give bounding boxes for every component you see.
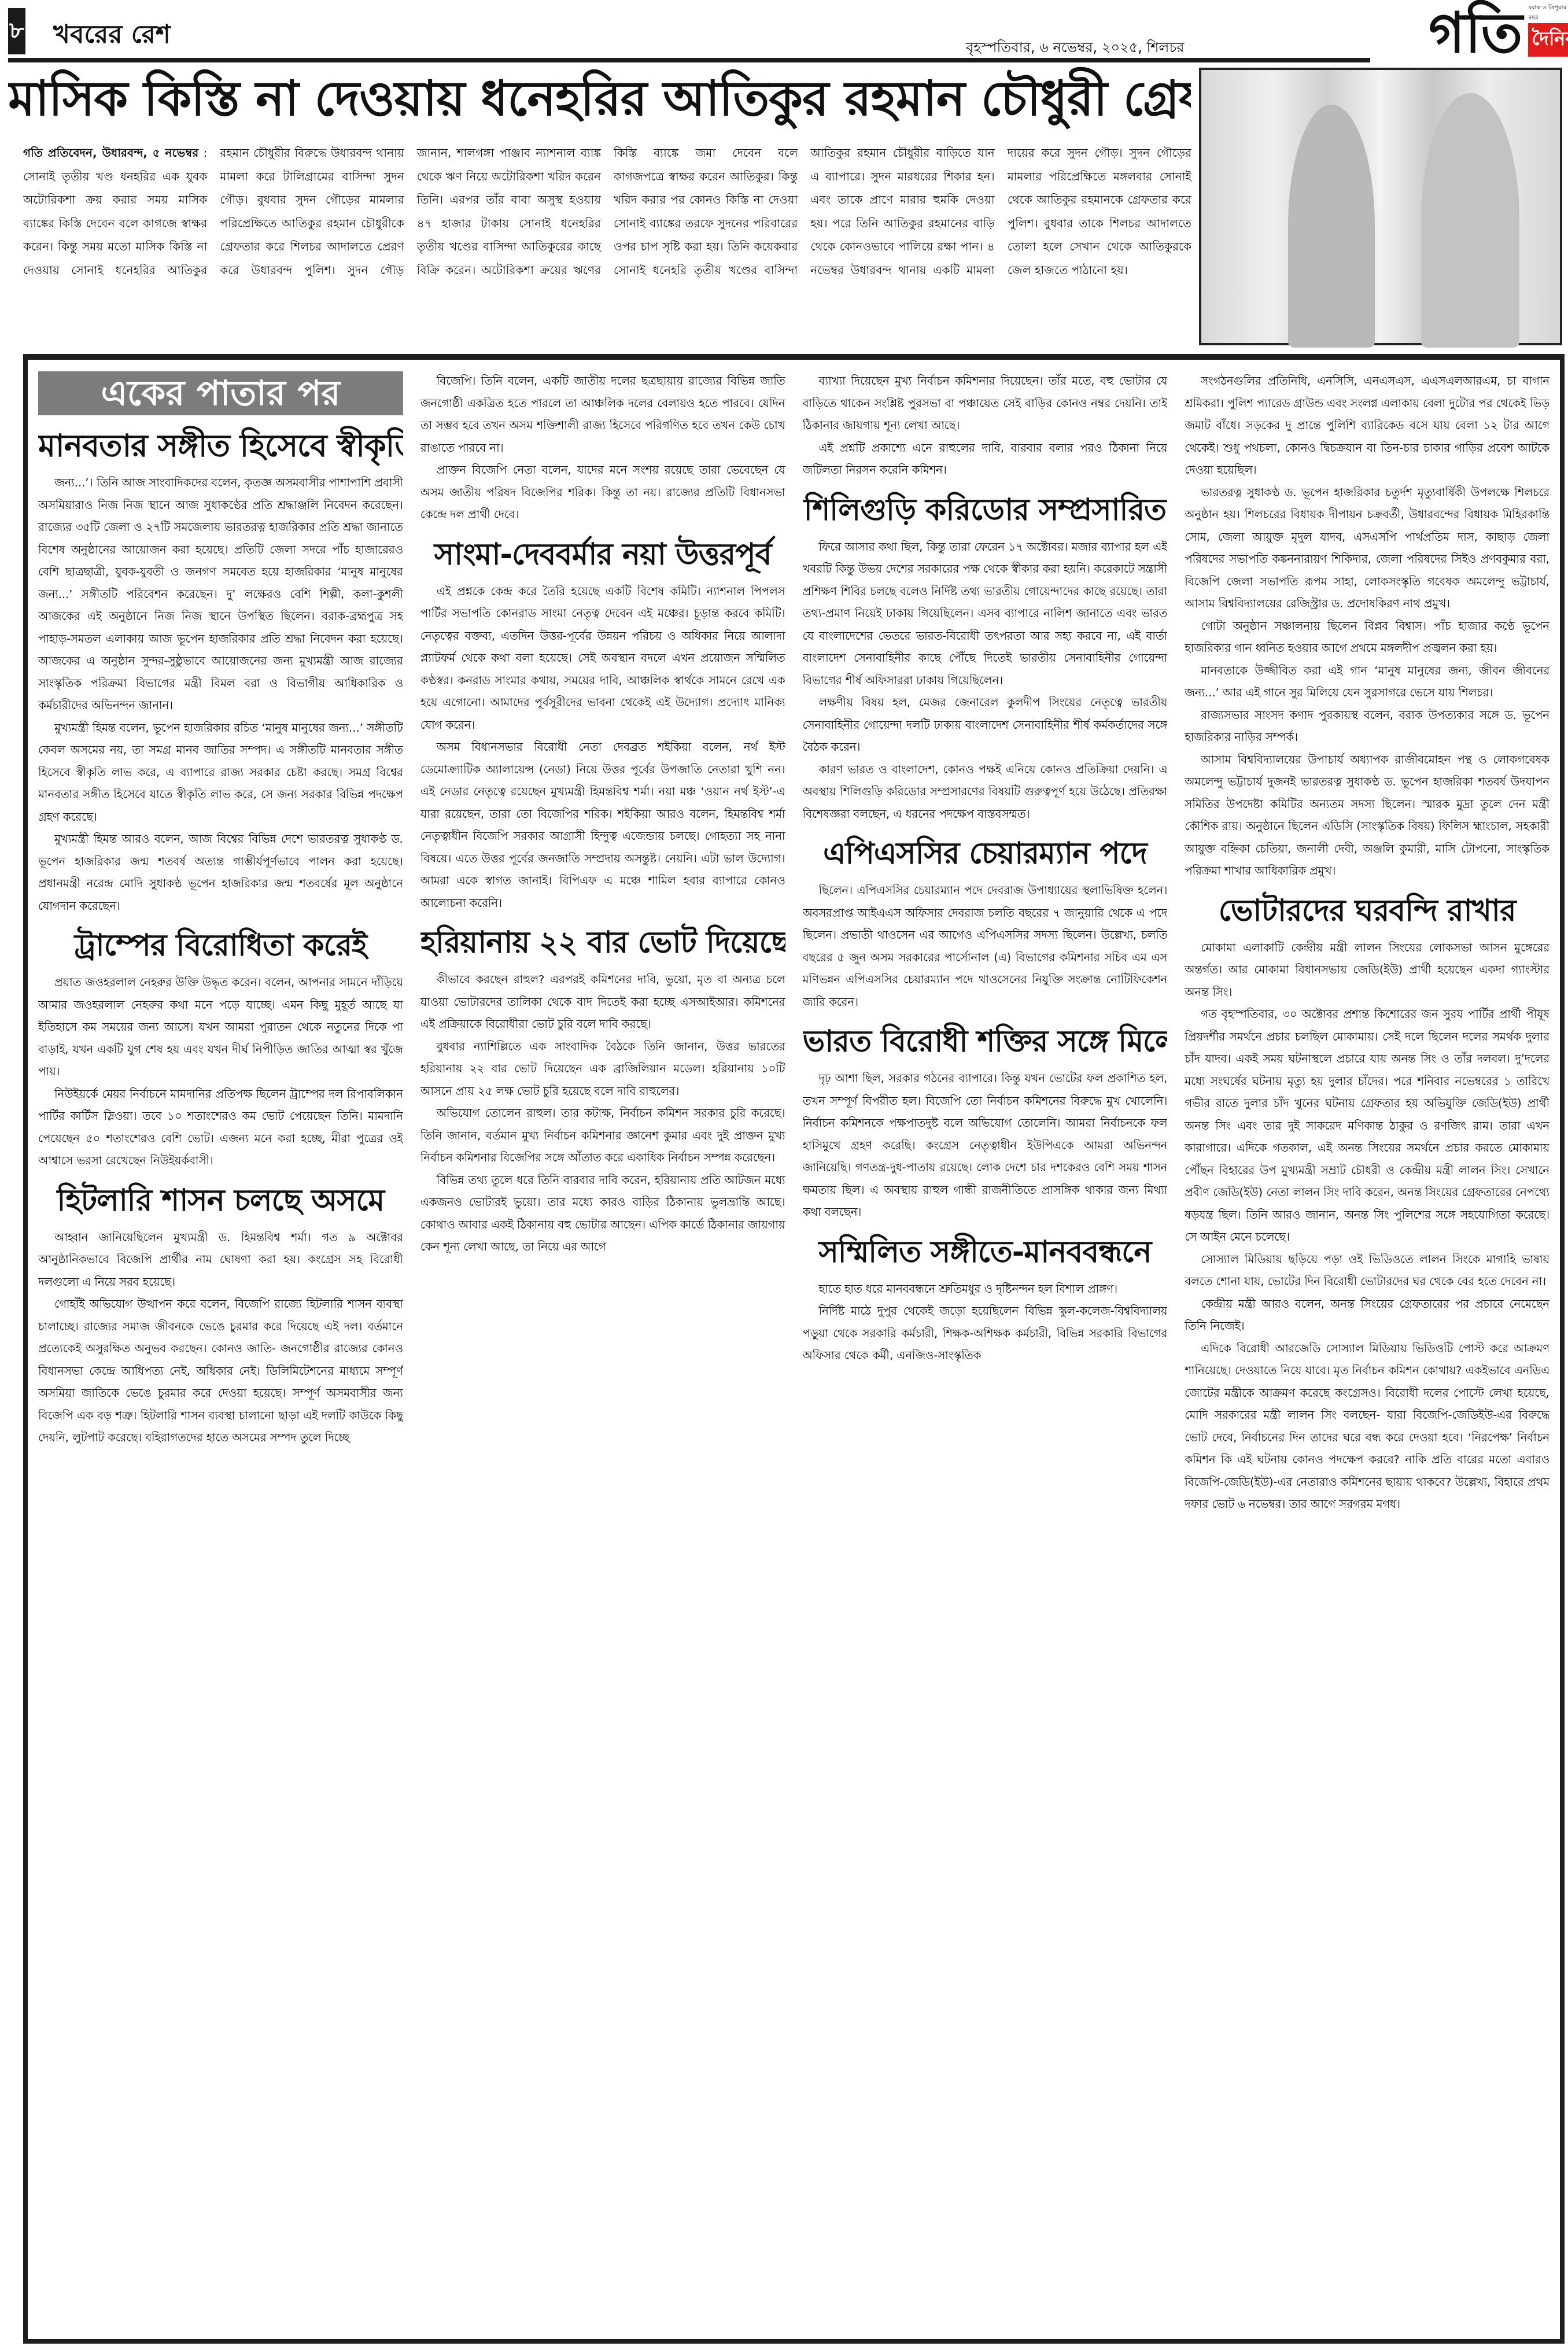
masthead: ৮ খবরের রেশ বৃহস্পতিবার, ৬ নভেম্বর, ২০২৫… bbox=[0, 0, 1568, 64]
story-paragraph: গোহাঁই অভিযোগ উত্থাপন করে বলেন, বিজেপি র… bbox=[38, 1293, 403, 1449]
story-paragraph: মুখ্যমন্ত্রী হিমন্ত বলেন, ভূপেন হাজরিকার… bbox=[38, 717, 403, 829]
story-paragraph: রাজ্যসভার সাংসদ কণাদ পুরকায়স্থ বলেন, বর… bbox=[1185, 704, 1549, 749]
story-paragraph: সোস্যাল মিডিয়ায় ছড়িয়ে পড়া ওই ভিডিওত… bbox=[1185, 1249, 1549, 1293]
story-paragraph: মুখ্যমন্ত্রী হিমন্ত আরও বলেন, আজ বিশ্বের… bbox=[38, 828, 403, 917]
story-paragraph: মানবতাকে উজ্জীবিত করা এই গান ‘মানুষ মানু… bbox=[1185, 660, 1549, 704]
brand-dainik: দৈনিক bbox=[1528, 23, 1568, 57]
story-paragraph: দৃঢ় আশা ছিল, সরকার গঠনের ব্যাপারে। কিন্… bbox=[803, 1068, 1168, 1224]
story-paragraph: ব্যাখ্যা দিয়েছেন মুখ্য নির্বাচন কমিশনার… bbox=[803, 370, 1168, 437]
story-headline: ভারত বিরোধী শক্তির সঙ্গে মিলে bbox=[803, 1021, 1168, 1062]
story-paragraph: মোকামা এলাকাটি কেন্দ্রীয় মন্ত্রী লালন স… bbox=[1185, 937, 1549, 1004]
brand-name: গতি bbox=[1429, 5, 1522, 61]
dateline: বৃহস্পতিবার, ৬ নভেম্বর, ২০২৫, শিলচর bbox=[966, 37, 1185, 60]
lead-story-text: : সোনাই তৃতীয় খণ্ড ধনহরির এক যুবক অটোরি… bbox=[23, 146, 1191, 277]
story-paragraph: বিজেপি। তিনি বলেন, একটি জাতীয় দলের ছত্র… bbox=[420, 370, 785, 459]
continuation-column-3: ব্যাখ্যা দিয়েছেন মুখ্য নির্বাচন কমিশনার… bbox=[803, 370, 1168, 2329]
lead-story-body: গতি প্রতিবেদন, উধারবন্দ, ৫ নভেম্বর : সোন… bbox=[23, 141, 1191, 341]
story-paragraph: নিউইয়র্কে মেয়র নির্বাচনে মামদানির প্রত… bbox=[38, 1083, 403, 1172]
story-headline: শিলিগুড়ি করিডোর সম্প্রসারিত bbox=[803, 490, 1168, 530]
continuation-column-4: সংগঠনগুলির প্রতিনিধি, এনসিসি, এনএসএস, এএ… bbox=[1185, 370, 1549, 2329]
story-paragraph: এই প্রশ্নকে কেন্দ্র করে তৈরি হয়েছে একটি… bbox=[420, 581, 785, 737]
lead-headline: মাসিক কিস্তি না দেওয়ায় ধনেহরির আতিকুর … bbox=[8, 67, 1191, 130]
story-paragraph: কারণ ভারত ও বাংলাদেশ, কোনও পক্ষই এনিয়ে … bbox=[803, 759, 1168, 826]
section-name: খবরের রেশ bbox=[53, 15, 171, 57]
story-paragraph: ছিলেন। এপিএসসির চেয়ারম্যান পদে দেবরাজ উ… bbox=[803, 880, 1168, 1013]
story-paragraph: প্রয়াত জওহরলাল নেহরুর উক্তি উদ্ধৃত করেন… bbox=[38, 972, 403, 1083]
story-headline: সম্মিলিত সঙ্গীতে-মানববন্ধনে bbox=[803, 1232, 1168, 1272]
story-paragraph: অসম বিধানসভার বিরোধী নেতা দেবব্রত শইকিয়… bbox=[420, 736, 785, 914]
story-paragraph: কেন্দ্রীয় মন্ত্রী আরও বলেন, অনন্ত সিংয়… bbox=[1185, 1293, 1549, 1338]
masthead-rule bbox=[8, 58, 1370, 62]
story-headline: হরিয়ানায় ২২ বার ভোট দিয়েছেন bbox=[420, 923, 785, 963]
lead-photo bbox=[1199, 68, 1562, 345]
story-paragraph: গোটা অনুষ্ঠান সঞ্চালনায় ছিলেন বিপ্লব বি… bbox=[1185, 615, 1549, 660]
story-paragraph: নির্দিষ্ট মাঠে দুপুর থেকেই জড়ো হয়েছিলে… bbox=[803, 1300, 1168, 1367]
story-headline: ট্রাম্পের বিরোধিতা করেই bbox=[38, 925, 403, 966]
story-paragraph: অভিযোগ তোলেন রাহুল। তার কটাক্ষ, নির্বাচন… bbox=[420, 1102, 785, 1170]
story-headline: মানবতার সঙ্গীত হিসেবে স্বীকৃতি bbox=[38, 426, 403, 466]
story-paragraph: গত বৃহস্পতিবার, ৩০ অক্টোবর প্রশান্ত কিশো… bbox=[1185, 1004, 1549, 1249]
story-paragraph: সংগঠনগুলির প্রতিনিধি, এনসিসি, এনএসএস, এএ… bbox=[1185, 370, 1549, 482]
page-number: ৮ bbox=[8, 8, 25, 54]
story-paragraph: হাতে হাত ধরে মানববন্ধনে শ্রুতিমধুর ও দৃষ… bbox=[803, 1278, 1168, 1301]
continuation-column-1: একের পাতার পর মানবতার সঙ্গীত হিসেবে স্বী… bbox=[38, 370, 403, 2329]
story-headline: এপিএসসির চেয়ারম্যান পদে bbox=[803, 833, 1168, 874]
lead-byline: গতি প্রতিবেদন, উধারবন্দ, ৫ নভেম্বর bbox=[23, 146, 198, 160]
story-headline: সাংমা-দেববর্মার নয়া উত্তরপূর্ব bbox=[420, 534, 785, 575]
continuation-section: একের পাতার পর মানবতার সঙ্গীত হিসেবে স্বী… bbox=[23, 354, 1565, 2344]
story-paragraph: লক্ষণীয় বিষয় হল, মেজর জেনারেল কুলদীপ স… bbox=[803, 692, 1168, 759]
story-headline: ভোটারদের ঘরবন্দি রাখার bbox=[1185, 891, 1549, 931]
brand-tagline: বরাক ও ত্রিপুরার ৩৯ বছর bbox=[1528, 3, 1568, 23]
story-paragraph: এদিকে বিরোধী আরজেডি সোস্যাল মিডিয়ায় ভি… bbox=[1185, 1338, 1549, 1516]
photo-person-accused bbox=[1288, 105, 1375, 348]
brand-badge: বরাক ও ত্রিপুরার ৩৯ বছর দৈনিক bbox=[1528, 3, 1568, 62]
story-paragraph: আসাম বিশ্ববিদ্যালয়ের উপাচার্য অধ্যাপক র… bbox=[1185, 749, 1549, 883]
story-paragraph: জন্য...’। তিনি আজ সাংবাদিকদের বলেন, কৃতজ… bbox=[38, 472, 403, 717]
photo-person-police bbox=[1421, 93, 1519, 348]
story-paragraph: প্রাক্তন বিজেপি নেতা বলেন, যাদের মনে সংশ… bbox=[420, 459, 785, 526]
story-headline: হিটলারি শাসন চলছে অসমে bbox=[38, 1180, 403, 1221]
newspaper-logo: গতি বরাক ও ত্রিপুরার ৩৯ বছর দৈনিক bbox=[1429, 3, 1568, 62]
story-paragraph: ভারতরত্ন সুধাকণ্ঠ ড. ভূপেন হাজরিকার চতুর… bbox=[1185, 482, 1549, 615]
story-paragraph: কীভাবে করছেন রাহুল? এরপরই কমিশনের দাবি, … bbox=[420, 969, 785, 1036]
continuation-column-2: বিজেপি। তিনি বলেন, একটি জাতীয় দলের ছত্র… bbox=[420, 370, 785, 2329]
continuation-banner: একের পাতার পর bbox=[38, 371, 403, 415]
story-paragraph: এই প্রশ্নটি প্রকাশ্যে এনে রাহুলের দাবি, … bbox=[803, 437, 1168, 482]
brand-contact-line bbox=[1555, 58, 1556, 62]
story-paragraph: ফিরে আসার কথা ছিল, কিন্তু তারা ফেরেন ১৭ … bbox=[803, 536, 1168, 692]
story-paragraph: আহ্বান জানিয়েছিলেন মুখ্যমন্ত্রী ড. হিমন… bbox=[38, 1227, 403, 1294]
story-paragraph: বুধবার ন্যাশিল্লিতে এক সাংবাদিক বৈঠকে তি… bbox=[420, 1036, 785, 1103]
story-paragraph: বিভিন্ন তথ্য তুলে ধরে তিনি বারবার দাবি ক… bbox=[420, 1170, 785, 1259]
